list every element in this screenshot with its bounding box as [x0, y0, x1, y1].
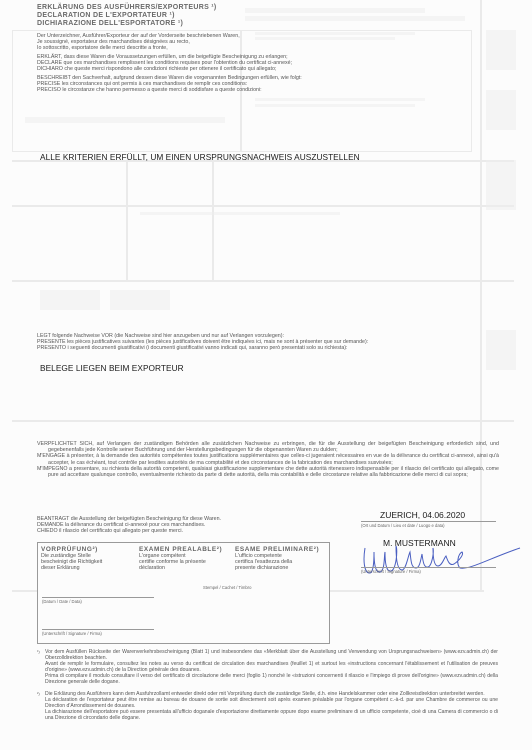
- place-date-line: [361, 521, 496, 522]
- documents-text: LEGT folgende Nachweise VOR (die Nachwei…: [37, 333, 368, 352]
- footnote-marker: ²): [37, 691, 40, 697]
- place-date-label: (Ort und Datum / Lieu et date / Luogo e …: [361, 523, 445, 528]
- describes-text: BESCHREIBT den Sachverhalt, aufgrund des…: [37, 75, 302, 94]
- date-line: [42, 597, 154, 598]
- column-it: ESAME PRELIMINARE²) L'ufficio competente…: [235, 546, 319, 572]
- documents-field[interactable]: BELEGE LIEGEN BEIM EXPORTEUR: [40, 363, 184, 373]
- heading-fr: DECLARATION DE L'EXPORTATEUR ¹): [37, 12, 217, 20]
- signature-label: (Unterschrift / Signature / Firma): [361, 569, 421, 574]
- declares-text: ERKLÄRT, dass diese Waren die Voraussetz…: [37, 54, 292, 73]
- intro-text: Der Unterzeichner, Ausführer/Exporteur d…: [37, 33, 240, 52]
- box-signature-line: [42, 629, 154, 630]
- signature-line: [361, 567, 496, 568]
- requests-text: BEANTRAGT die Ausstellung der beigefügte…: [37, 516, 221, 535]
- footnote-2: ²) Die Erklärung des Ausführers kann dem…: [45, 691, 498, 721]
- column-de: VORPRÜFUNG²) Die zuständige Stelle besch…: [41, 546, 102, 572]
- column-fr: EXAMEN PREALABLE²) L'organe compétent ce…: [139, 546, 222, 572]
- heading-it: DICHIARAZIONE DELL'ESPORTATORE ¹): [37, 20, 217, 28]
- box-signature-label: (Unterschrift / Signature / Firma): [42, 631, 102, 636]
- handwritten-signature-icon: [360, 540, 530, 580]
- heading-de: ERKLÄRUNG DES AUSFÜHRERS/EXPORTEURS ¹): [37, 4, 217, 12]
- circumstances-field[interactable]: ALLE KRITERIEN ERFÜLLT, UM EINEN URSPRUN…: [40, 152, 360, 162]
- footnote-marker: ¹): [37, 649, 40, 655]
- undertakes-text: VERPFLICHTET SICH, auf Verlangen der zus…: [37, 441, 499, 478]
- footnote-1: ¹) Vor dem Ausfüllen Rückseite der Waren…: [45, 649, 498, 685]
- declaration-heading: ERKLÄRUNG DES AUSFÜHRERS/EXPORTEURS ¹) D…: [37, 4, 217, 28]
- place-date-field[interactable]: ZUERICH, 04.06.2020: [380, 510, 465, 520]
- date-label: (Datum / Date / Data): [42, 599, 82, 604]
- preliminary-examination-box: VORPRÜFUNG²) Die zuständige Stelle besch…: [37, 542, 330, 644]
- stamp-label: Stempel / Cachet / Timbro: [203, 585, 251, 590]
